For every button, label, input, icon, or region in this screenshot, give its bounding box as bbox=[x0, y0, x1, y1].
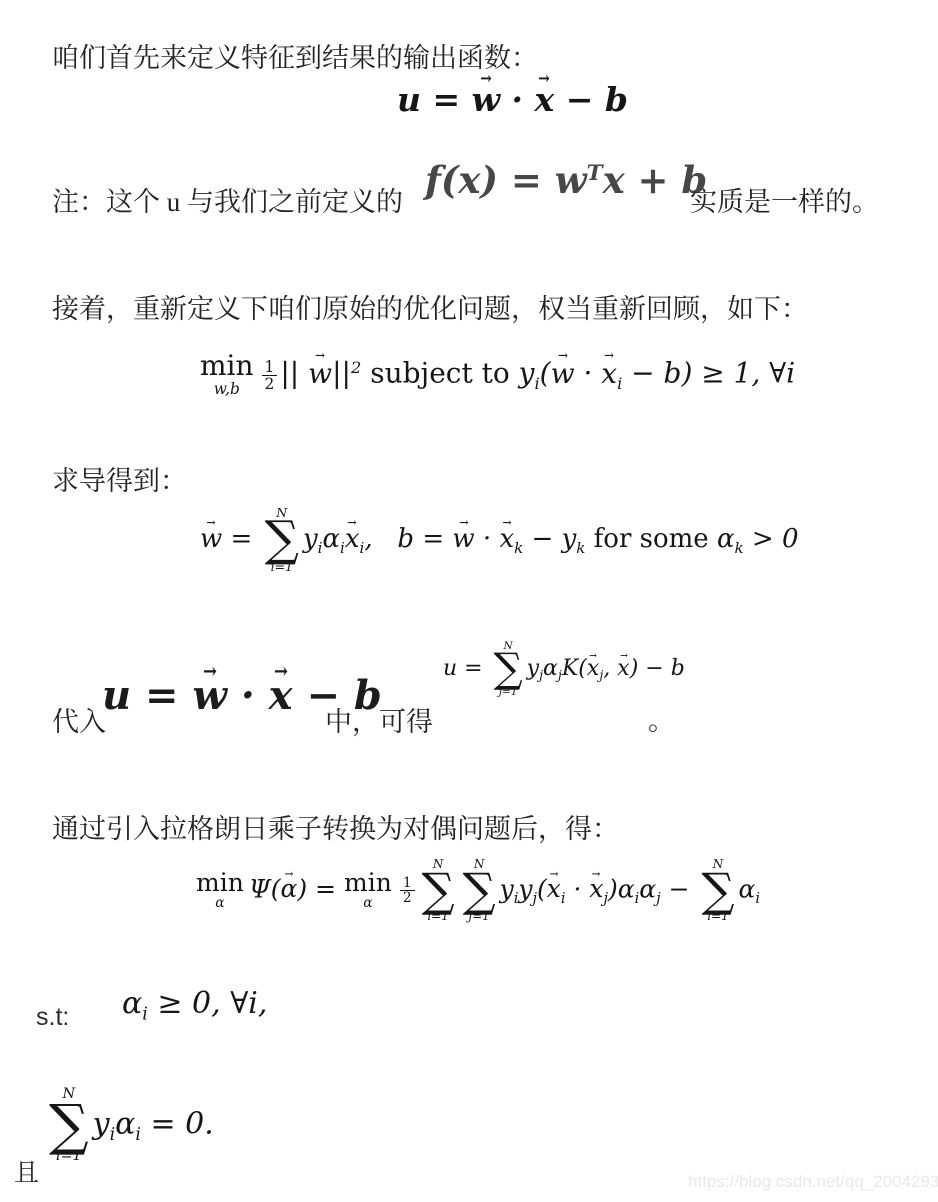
and-label: 且 bbox=[14, 1158, 39, 1189]
substitute-prefix: 代入 bbox=[52, 706, 106, 740]
formula-sum-constraint: N∑i=1yiαi = 0. bbox=[45, 1086, 214, 1165]
substitute-period: 。 bbox=[648, 705, 675, 739]
note-prefix: 注：这个 u 与我们之前定义的 bbox=[52, 186, 403, 220]
formula-alpha-constraint: αi ≥ 0, ∀i, bbox=[122, 986, 267, 1025]
formula-w-b-solution: →w = N∑i=1yiαi→xi, b = →w · →xk − yk for… bbox=[200, 506, 799, 574]
paragraph-lagrange: 通过引入拉格朗日乘子转换为对偶问题后，得： bbox=[52, 813, 619, 847]
paragraph-derive: 求导得到： bbox=[52, 465, 187, 499]
st-label: s.t: bbox=[36, 1003, 69, 1032]
document-page: 咱们首先来定义特征到结果的输出函数： u = →w · →x − b 注：这个 … bbox=[0, 0, 938, 1202]
formula-primal-optimization: minw,b12|| →w||2 subject to yi(→w · →xi … bbox=[200, 352, 795, 398]
formula-kernel-expansion: u = N∑j=1yjαjK(→xj, →x) − b bbox=[443, 640, 685, 698]
paragraph-redefine: 接着，重新定义下咱们原始的优化问题，权当重新回顾，如下： bbox=[52, 293, 808, 327]
watermark-url: https://blog.csdn.net/qq_20042935 bbox=[688, 1172, 938, 1192]
formula-dual-problem: minαΨ(→α) = minα12N∑i=1N∑j=1yiyj(→xi · →… bbox=[196, 858, 760, 924]
note-suffix: 实质是一样的。 bbox=[690, 186, 879, 220]
substitute-mid: 中，可得 bbox=[325, 706, 433, 740]
formula-output-function: u = →w · →x − b bbox=[397, 80, 628, 119]
paragraph-intro: 咱们首先来定义特征到结果的输出函数： bbox=[52, 42, 538, 76]
formula-fx-definition: f(x) = wTx + b bbox=[425, 158, 707, 202]
